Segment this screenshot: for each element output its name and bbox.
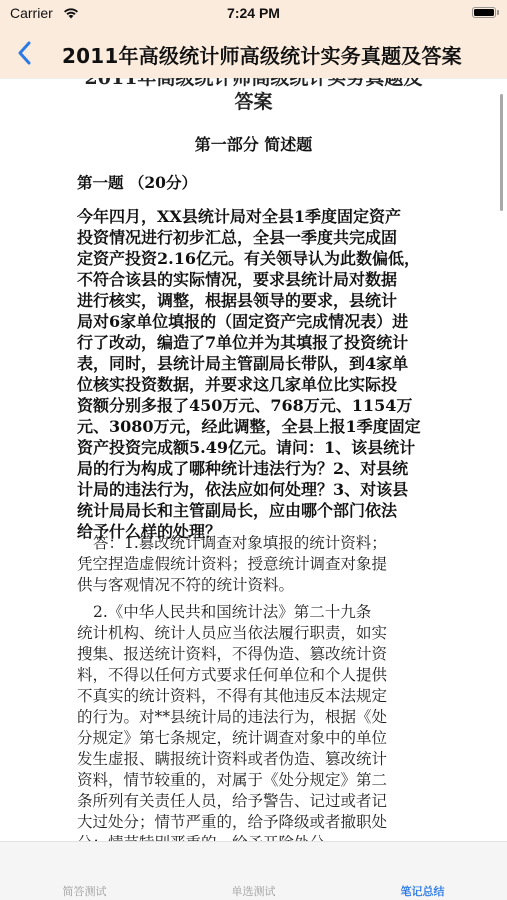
text-line: 元、3080万元，经此调整，全县上报1季度固定	[77, 416, 437, 437]
text-line: 统计局局长和主管副局长，应由哪个部门依法	[77, 500, 437, 521]
tab-label: 简答测试	[0, 883, 169, 899]
text-line: 大过处分；情节严重的，给予降级或者撤职处	[77, 812, 437, 833]
text-line: 局对6家单位填报的（固定资产完成情况表）进	[77, 311, 437, 332]
text-line: 行了改动，编造了7单位并为其填报了投资统计	[77, 332, 437, 353]
clock: 7:24 PM	[0, 5, 507, 21]
text-line: 凭空捏造虚假统计资料；授意统计调查对象提	[77, 554, 437, 575]
text-line: 位核实投资数据，并要求这几家单位比实际投	[77, 374, 437, 395]
battery-icon	[472, 7, 496, 18]
question-title: 第一题 （20分）	[77, 171, 197, 193]
back-button[interactable]	[12, 38, 36, 68]
text-line: 统计机构、统计人员应当依法履行职责，如实	[77, 623, 437, 644]
tab-single-choice-test[interactable]: 单选测试	[169, 842, 338, 900]
text-line: 分；情节特别严重的，给予开除处分。	[77, 833, 437, 841]
text-line: 分规定》第七条规定，统计调查对象中的单位	[77, 728, 437, 749]
document-title-line-2: 答案	[0, 90, 507, 114]
question-text: 今年四月，XX县统计局对全县1季度固定资产 投资情况进行初步汇总，全县一季度共完…	[77, 206, 437, 542]
chevron-left-icon	[17, 41, 31, 65]
text-line: 发生虚报、瞒报统计资料或者伪造、篡改统计	[77, 749, 437, 770]
answer-text: 答：1.篡改统计调查对象填报的统计资料； 凭空捏造虚假统计资料；授意统计调查对象…	[77, 533, 437, 841]
text-line: 局的行为构成了哪种统计违法行为？2、对县统	[77, 458, 437, 479]
tab-short-answer-test[interactable]: 简答测试	[0, 842, 169, 900]
tab-bar: 简答测试 单选测试 笔记总结	[0, 841, 507, 900]
text-line: 料，不得以任何方式要求任何单位和个人提供	[77, 665, 437, 686]
text-line: 资额分别多报了450万元、768万元、1154万	[77, 395, 437, 416]
tab-label: 单选测试	[169, 883, 338, 899]
text-line: 投资情况进行初步汇总，全县一季度共完成固	[77, 227, 437, 248]
text-line: 不符合该县的实际情况，要求县统计局对数据	[77, 269, 437, 290]
text-line: 资产投资完成额5.49亿元。请问：1、该县统计	[77, 437, 437, 458]
vertical-scrollbar[interactable]	[500, 94, 503, 211]
text-line: 计局的违法行为，依法应如何处理？3、对该县	[77, 479, 437, 500]
tab-label: 笔记总结	[338, 883, 507, 899]
tab-notes-summary[interactable]: 笔记总结	[338, 842, 507, 900]
text-line: 供与客观情况不符的统计资料。	[77, 575, 437, 596]
text-line: 条所列有关责任人员，给予警告、记过或者记	[77, 791, 437, 812]
text-line: 进行核实，调整，根据县领导的要求，县统计	[77, 290, 437, 311]
document-viewer[interactable]: 2011年高级统计师高级统计实务真题及 答案 第一部分 简述题 第一题 （20分…	[0, 50, 507, 841]
navigation-bar: 2011年高级统计师高级统计实务真题及答案	[0, 28, 507, 78]
battery-cap	[497, 10, 499, 15]
text-line: 2.《中华人民共和国统计法》第二十九条	[77, 602, 437, 623]
status-bar: Carrier 7:24 PM	[0, 0, 507, 28]
page-title: 2011年高级统计师高级统计实务真题及答案	[62, 40, 462, 69]
text-line: 今年四月，XX县统计局对全县1季度固定资产	[77, 206, 437, 227]
text-line: 资料，情节较重的，对属于《处分规定》第二	[77, 770, 437, 791]
text-line: 定资产投资2.16亿元。有关领导认为此数偏低，	[77, 248, 437, 269]
text-line: 不真实的统计资料，不得有其他违反本法规定	[77, 686, 437, 707]
text-line: 答：1.篡改统计调查对象填报的统计资料；	[77, 533, 437, 554]
text-line: 搜集、报送统计资料，不得伪造、篡改统计资	[77, 644, 437, 665]
text-line: 表，同时，县统计局主管副局长带队，到4家单	[77, 353, 437, 374]
text-line: 的行为。对**县统计局的违法行为，根据《处	[77, 707, 437, 728]
section-title: 第一部分 简述题	[0, 132, 507, 155]
header: Carrier 7:24 PM 2011年高级统计师高级统计实务真题及答案	[0, 0, 507, 78]
